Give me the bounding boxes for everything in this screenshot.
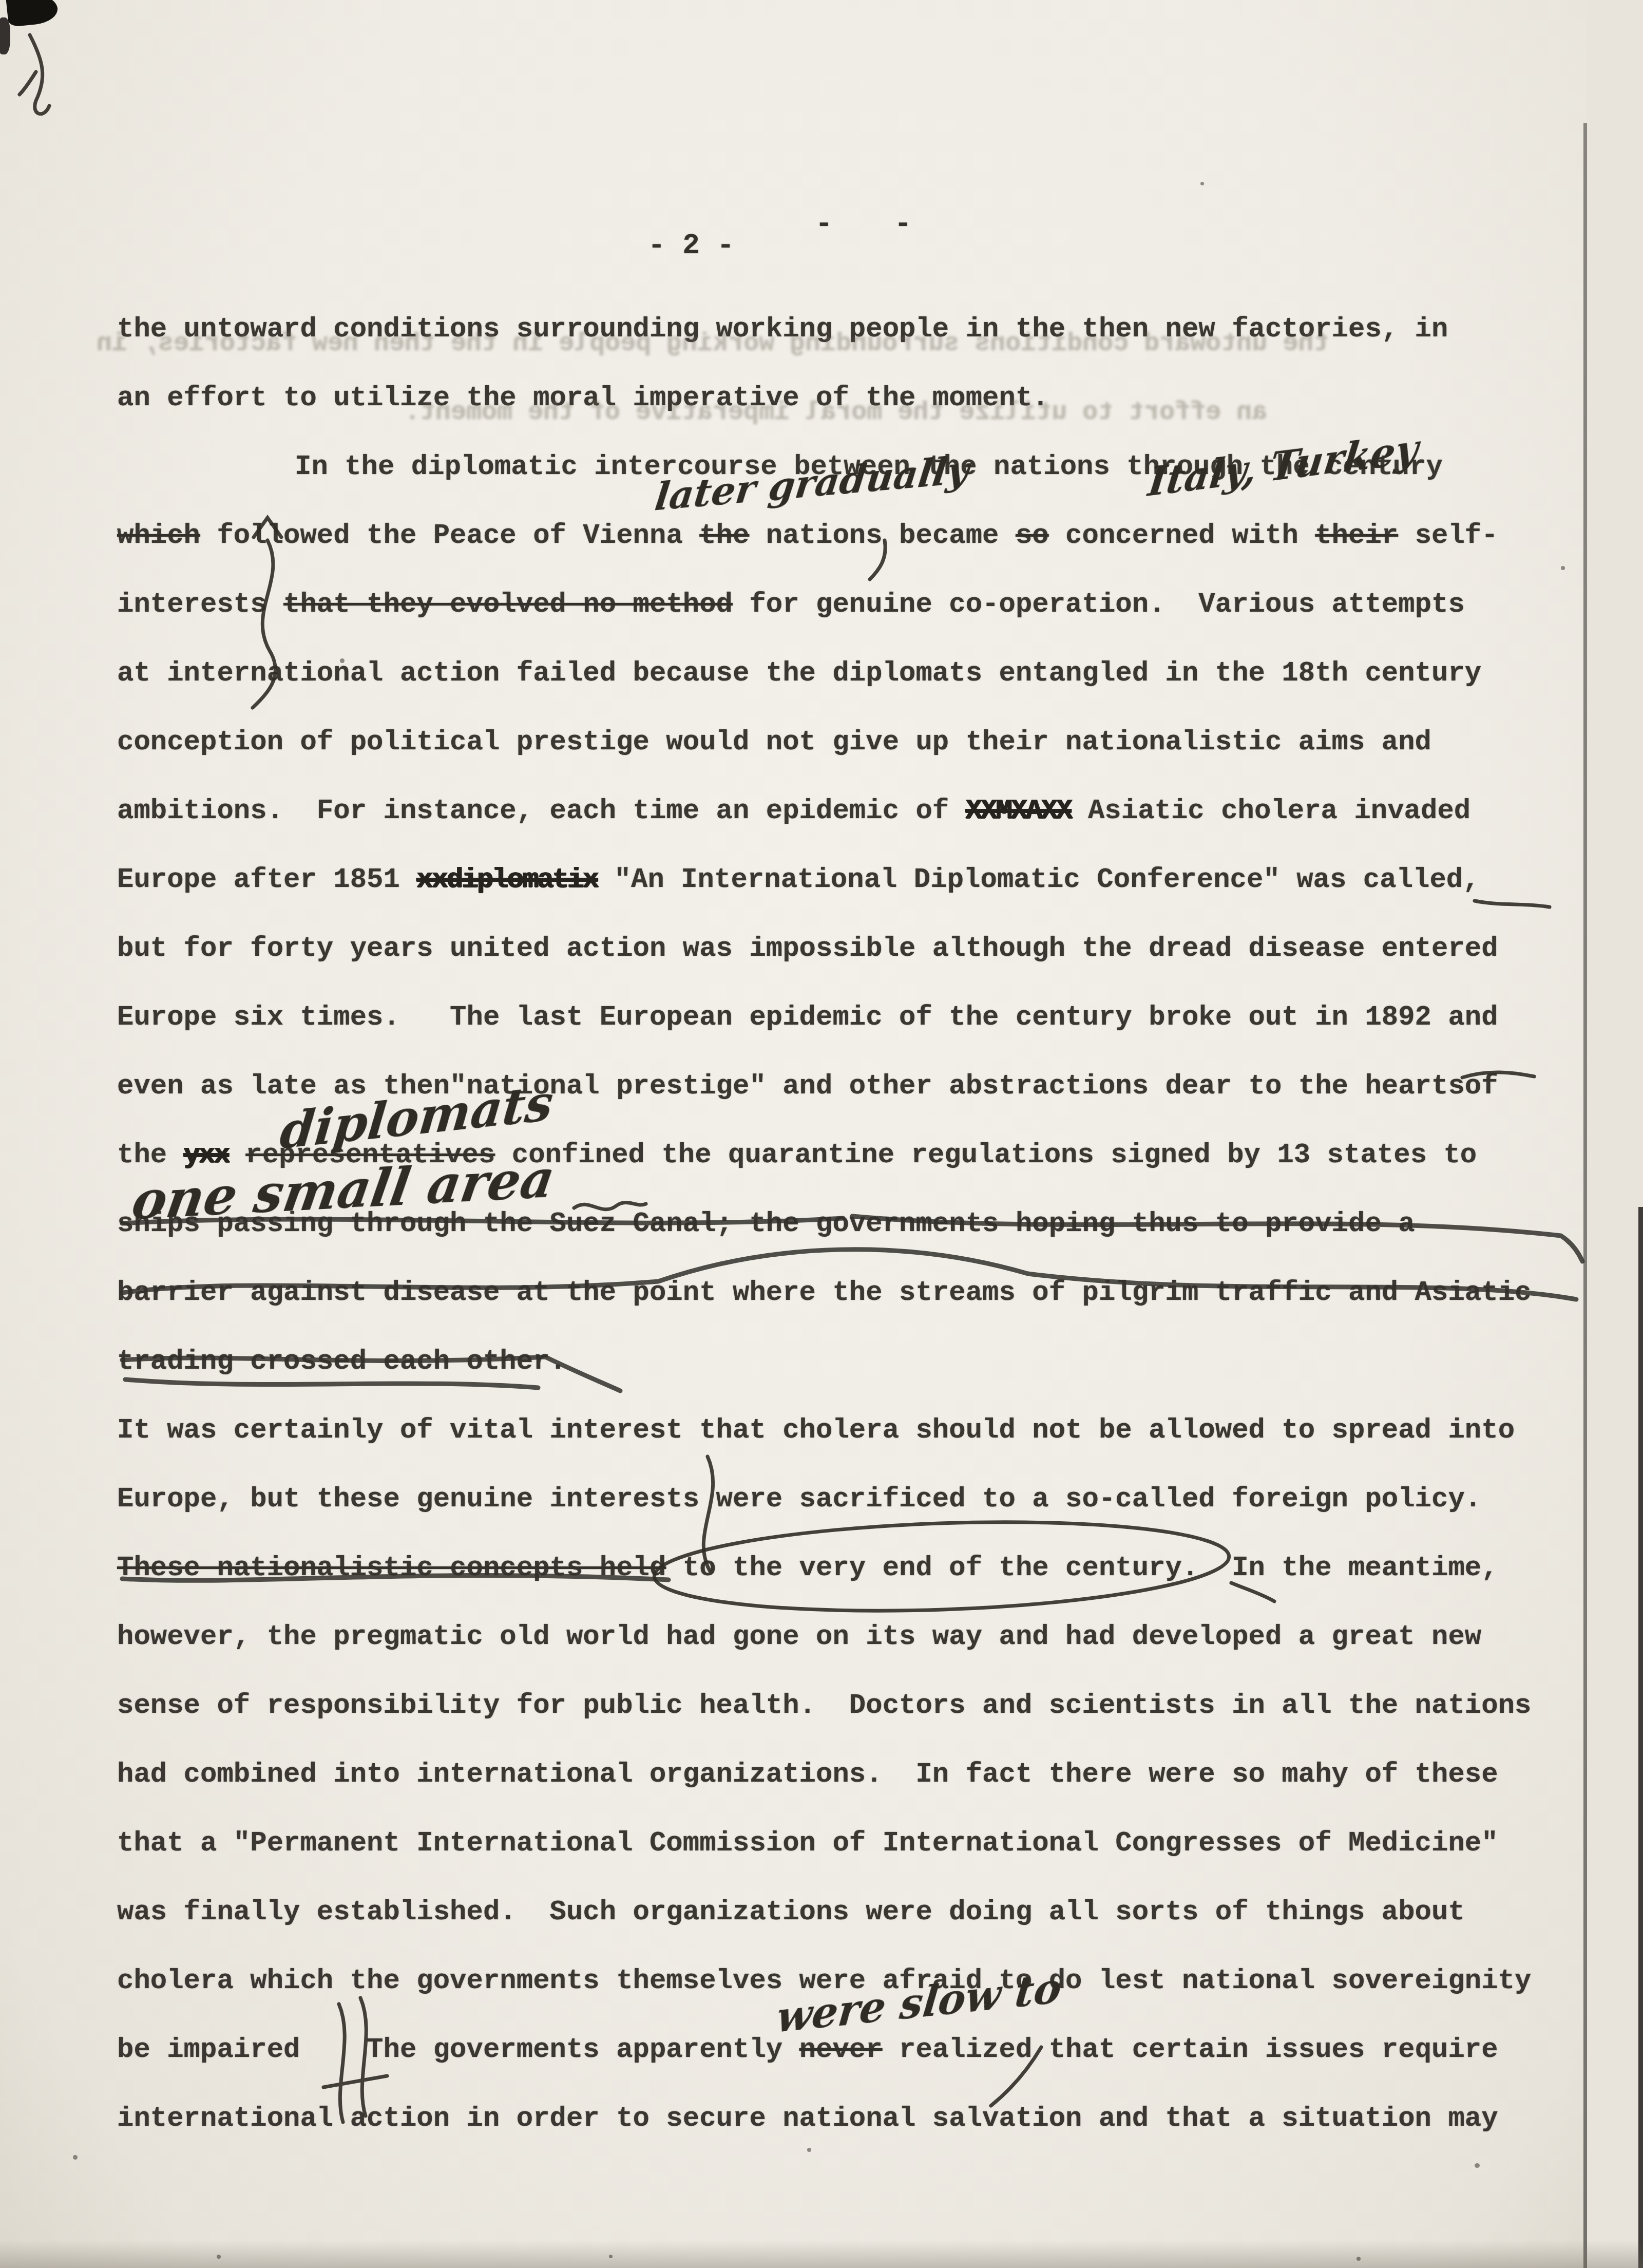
- scan-bottom-shadow: [0, 2240, 1643, 2268]
- typed-text: that a "Permanent International Commissi…: [117, 1828, 1498, 1859]
- typed-text: to the very end of the century. In the m…: [666, 1553, 1498, 1584]
- scan-edge-sliver: [1638, 1207, 1643, 2268]
- scan-corner-blob-2: [0, 17, 10, 54]
- typed-text: at international action failed because t…: [117, 658, 1481, 689]
- typed-line-11: Europe six times. The last European epid…: [117, 984, 1596, 1052]
- typed-line-27: international action in order to secure …: [117, 2085, 1596, 2153]
- ghost-offset-text: an effort to utilize the moral imperativ…: [405, 400, 1267, 426]
- typed-line-21: sense of responsibility for public healt…: [117, 1672, 1596, 1741]
- typed-text: had combined into international organiza…: [117, 1759, 1498, 1790]
- typed-lines: the untoward conditions surrounding work…: [117, 295, 1596, 2153]
- typed-line-8: ambitions. For instance, each time an ep…: [117, 777, 1596, 846]
- typed-line-24: was finally established. Such organizati…: [117, 1878, 1596, 1947]
- struck-text: their: [1315, 520, 1398, 552]
- stray-dash: -: [894, 207, 912, 240]
- ink-speck: [73, 2155, 78, 2160]
- struck-text: the: [699, 520, 749, 552]
- typed-line-2: an effort to utilize the moral imperativ…: [117, 364, 1596, 433]
- typed-line-1: the untoward conditions surrounding work…: [117, 295, 1596, 364]
- typed-text: Europe, but these genuine interests were…: [117, 1484, 1481, 1515]
- typed-text: realized that certain issues require: [883, 2034, 1498, 2066]
- typed-line-4: which followed the Peace of Vienna the n…: [117, 502, 1596, 571]
- typed-line-7: conception of political prestige would n…: [117, 708, 1596, 777]
- struck-text: which: [117, 520, 200, 552]
- typed-text: barrier against disease at the point whe…: [117, 1277, 1531, 1309]
- typed-text: self-: [1398, 520, 1498, 552]
- typed-text: Europe six times. The last European epid…: [117, 1002, 1498, 1033]
- struck-text: that they evolved no method: [283, 589, 733, 620]
- typed-text: concerned with: [1049, 520, 1315, 552]
- typed-text: however, the pregmatic old world had gon…: [117, 1621, 1481, 1653]
- typed-text: nations became: [749, 520, 1015, 552]
- typed-text: the: [117, 1140, 184, 1171]
- corner-check-scribble-icon: [20, 35, 49, 114]
- typed-text: confined the quarantine regulations sign…: [495, 1140, 1477, 1171]
- typed-text: sense of responsibility for public healt…: [117, 1690, 1531, 1722]
- overtyped-text: xxdiplomatix: [416, 864, 598, 896]
- typed-line-15: barrier against disease at the point whe…: [117, 1259, 1596, 1328]
- struck-text: never: [799, 2034, 883, 2066]
- typed-line-19: These nationalistic concepts held to the…: [117, 1534, 1596, 1603]
- typed-line-18: Europe, but these genuine interests were…: [117, 1465, 1596, 1534]
- typed-text: interests: [117, 589, 283, 620]
- typed-text: for genuine co-operation. Various attemp…: [733, 589, 1465, 620]
- scanned-typescript-page: - 2 - - - the untoward conditions surrou…: [0, 0, 1643, 2268]
- page-number: - 2 -: [648, 229, 734, 262]
- overtyped-text: XXMXAXX: [966, 796, 1072, 827]
- typed-text: ambitions. For instance, each time an ep…: [117, 796, 966, 827]
- typed-text: was finally established. Such organizati…: [117, 1897, 1465, 1928]
- typed-line-23: that a "Permanent International Commissi…: [117, 1809, 1596, 1878]
- typed-text: "An International Diplomatic Conference"…: [598, 864, 1479, 896]
- typed-line-17: It was certainly of vital interest that …: [117, 1396, 1596, 1465]
- ink-speck: [217, 2255, 221, 2259]
- typed-line-9: Europe after 1851 xxdiplomatix "An Inter…: [117, 846, 1596, 915]
- typed-line-20: however, the pregmatic old world had gon…: [117, 1603, 1596, 1672]
- struck-text: so: [1016, 520, 1049, 552]
- typed-text: international action in order to secure …: [117, 2103, 1498, 2134]
- ink-speck: [609, 2255, 613, 2258]
- typed-text: but for forty years united action was im…: [117, 933, 1498, 965]
- typed-text: followed the Peace of Vienna: [200, 520, 699, 552]
- typed-line-10: but for forty years united action was im…: [117, 915, 1596, 984]
- typed-text: Europe after 1851: [117, 864, 416, 896]
- typed-text: Asiatic cholera invaded: [1072, 796, 1471, 827]
- ghost-offset-text: the untoward conditions surrounding work…: [97, 331, 1329, 357]
- typed-line-16: trading crossed each other.: [117, 1328, 1596, 1396]
- stray-dash: -: [815, 207, 833, 240]
- typed-line-5: interests that they evolved no method fo…: [117, 571, 1596, 639]
- ink-speck: [1357, 2257, 1361, 2261]
- typed-line-22: had combined into international organiza…: [117, 1741, 1596, 1809]
- struck-text: These nationalistic concepts held: [117, 1553, 666, 1584]
- typed-text: be impaired The goverments apparently: [117, 2034, 799, 2066]
- ink-speck: [1200, 182, 1204, 185]
- ink-speck: [1475, 2163, 1480, 2168]
- scan-corner-blob: [6, 0, 59, 27]
- typed-line-6: at international action failed because t…: [117, 639, 1596, 708]
- typed-text: It was certainly of vital interest that …: [117, 1415, 1515, 1446]
- typed-text: trading crossed each other.: [117, 1346, 566, 1377]
- typed-text: conception of political prestige would n…: [117, 727, 1431, 758]
